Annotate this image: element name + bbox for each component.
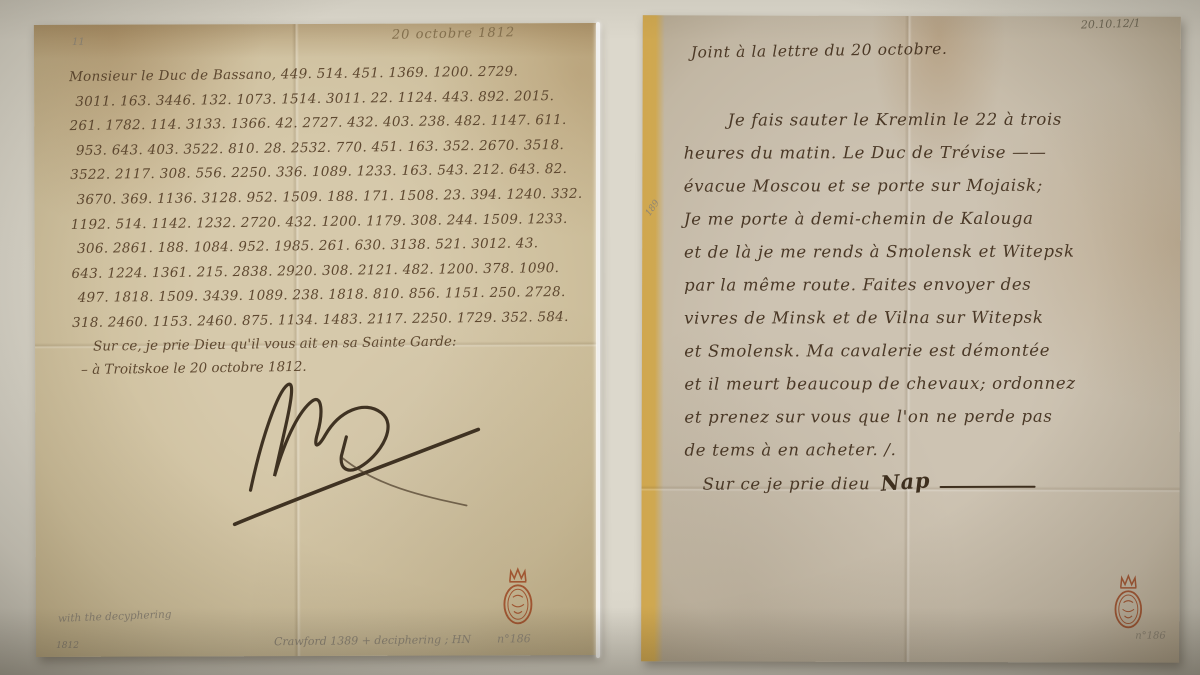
pencil-margin-number: 189 xyxy=(644,198,662,218)
closing-with-signature: Sur ce je prie dieu Nap xyxy=(685,468,1163,494)
cipher-text-block: Monsieur le Duc de Bassano, 449. 514. 45… xyxy=(69,59,577,336)
clear-text-letter-page: 20.10.12/1 Joint à la lettre du 20 octob… xyxy=(641,15,1181,662)
pencil-note-decyphering: with the decyphering xyxy=(58,609,172,625)
body-line: et de là je me rends à Smolensk et Witep… xyxy=(684,241,1162,275)
pencil-catalog-number: n°186 xyxy=(1135,631,1166,642)
pencil-catalog-text: Crawford 1389 + deciphering ; HN xyxy=(274,633,471,648)
body-line: heures du matin. Le Duc de Trévise —— xyxy=(684,142,1162,176)
closing-formula: Sur ce, je prie Dieu qu'il vous ait en s… xyxy=(93,334,457,355)
letter-heading: Joint à la lettre du 20 octobre. xyxy=(691,40,948,62)
body-line: et prenez sur vous que l'on ne perde pas xyxy=(684,406,1162,440)
body-line: par la même route. Faites envoyer des xyxy=(684,274,1162,308)
page-edge-highlight xyxy=(596,22,600,658)
body-line: et Smolensk. Ma cavalerie est démontée xyxy=(684,340,1162,374)
letter-body: Je fais sauter le Kremlin le 22 à trois … xyxy=(684,109,1163,494)
napoleon-signature xyxy=(220,371,501,546)
closing-formula: Sur ce je prie dieu xyxy=(703,474,871,493)
date-annotation: 20 octobre 1812 xyxy=(392,25,516,43)
napoleon-signature: Nap xyxy=(879,467,930,496)
pencil-catalog-note: Crawford 1389 + deciphering ; HN n°186 xyxy=(274,632,531,648)
body-line: et il meurt beaucoup de chevaux; ordonne… xyxy=(684,373,1162,407)
body-line: Je fais sauter le Kremlin le 22 à trois xyxy=(684,109,1162,143)
crowned-oval-collection-stamp xyxy=(498,566,538,634)
body-line: Je me porte à demi-chemin de Kalouga xyxy=(684,208,1162,242)
signature-flourish xyxy=(940,485,1036,487)
ciphered-letter-page: 11 20 octobre 1812 Monsieur le Duc de Ba… xyxy=(34,23,598,657)
crowned-oval-collection-stamp xyxy=(1109,573,1147,639)
pencil-folio-number: 11 xyxy=(72,37,85,48)
body-line: évacue Moscou et se porte sur Mojaisk; xyxy=(684,175,1162,209)
pencil-note-small: 1812 xyxy=(56,641,79,651)
body-line: vivres de Minsk et de Vilna sur Witepsk xyxy=(684,307,1162,341)
pencil-catalog-number: n°186 xyxy=(497,632,531,645)
cipher-line: 318. 2460. 1153. 2460. 875. 1134. 1483. … xyxy=(72,305,577,336)
archival-date-annotation: 20.10.12/1 xyxy=(1081,17,1141,32)
